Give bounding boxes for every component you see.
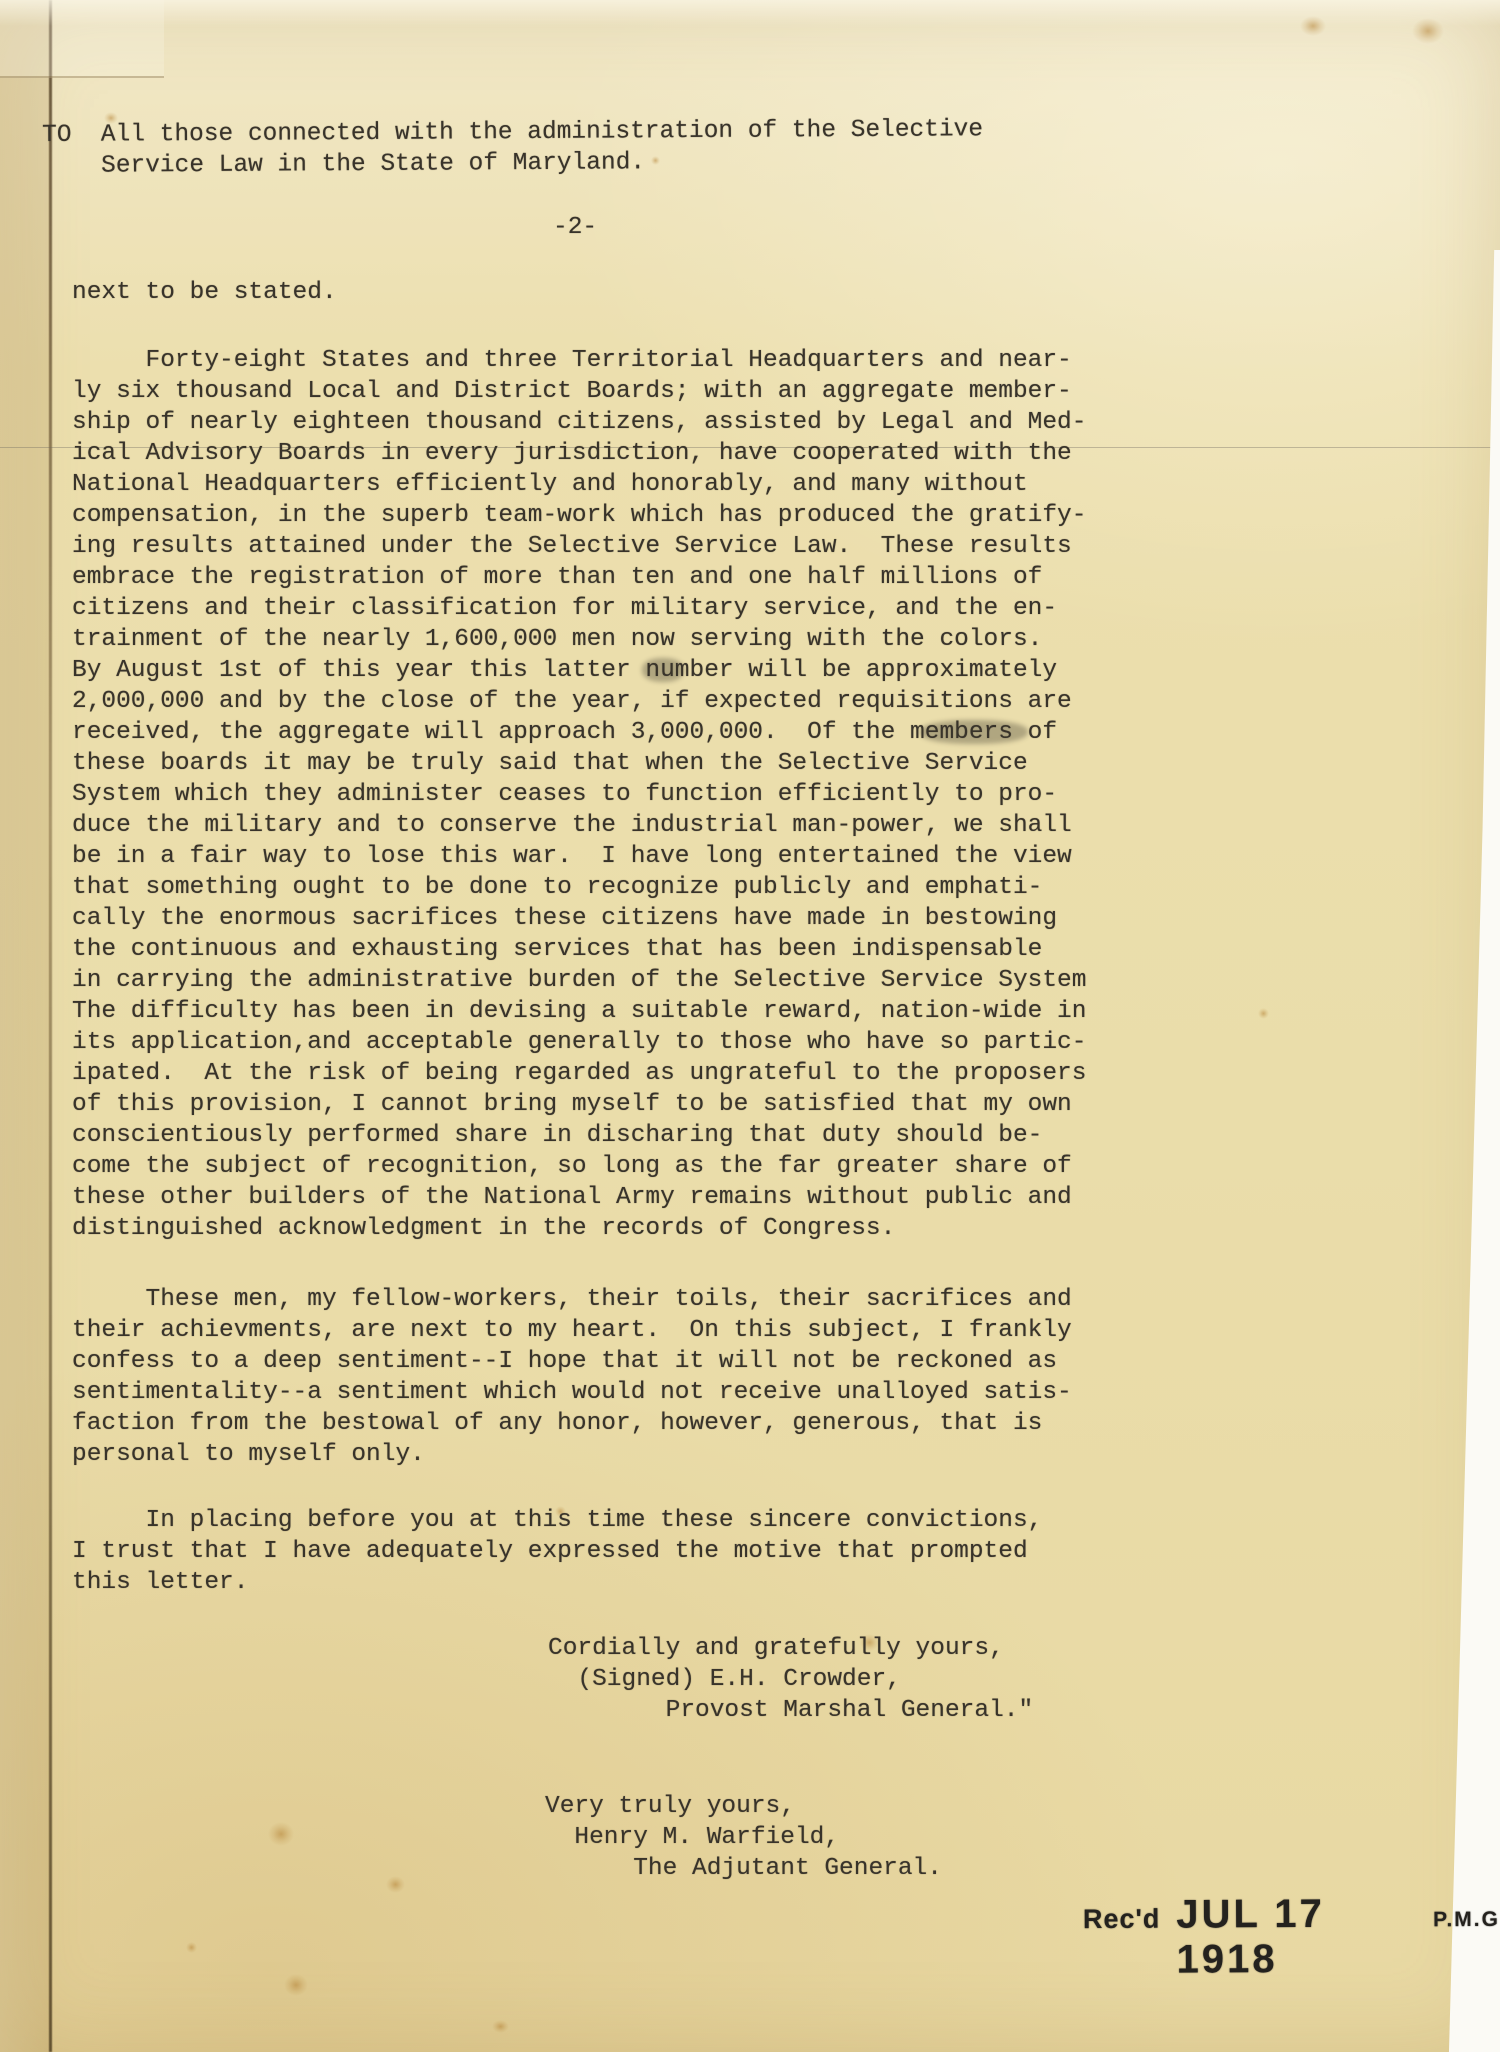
- paper-stain: [284, 1974, 308, 1996]
- page-number: -2-: [553, 212, 597, 243]
- paper-top-edge: [0, 0, 1500, 26]
- recipient-block: TO All those connected with the administ…: [42, 114, 983, 182]
- paper-corner-notch: [0, 0, 164, 78]
- signature-block: Very truly yours, Henry M. Warfield, The…: [545, 1791, 942, 1884]
- paper-stain: [186, 1942, 197, 1953]
- received-stamp: Rec'd JUL 17 1918 P.M.G: [1083, 1891, 1500, 1983]
- paper-stain: [1300, 16, 1326, 36]
- stamp-date: JUL 17 1918: [1176, 1891, 1417, 1982]
- continuation-line: next to be stated.: [72, 277, 337, 308]
- paper-stain: [1412, 18, 1444, 44]
- stamp-office-initials: P.M.G: [1433, 1908, 1500, 1932]
- paper-stain: [268, 1822, 294, 1846]
- paper-left-strip: [0, 0, 50, 2052]
- paper-stain: [1258, 1008, 1269, 1019]
- body-paragraph-3: In placing before you at this time these…: [72, 1505, 1042, 1598]
- scanned-letter-page: TO All those connected with the administ…: [0, 0, 1500, 2052]
- paper-stain: [386, 1876, 405, 1893]
- scan-background-edge: [1442, 250, 1500, 2052]
- paper-stain: [492, 2020, 509, 2033]
- stamp-received-label: Rec'd: [1083, 1904, 1161, 1935]
- closing-block: Cordially and gratefully yours, (Signed)…: [548, 1633, 1033, 1726]
- paper-fold-crease: [49, 0, 52, 2052]
- body-paragraph-1: Forty-eight States and three Territorial…: [72, 345, 1086, 1244]
- body-paragraph-2: These men, my fellow-workers, their toil…: [72, 1284, 1072, 1470]
